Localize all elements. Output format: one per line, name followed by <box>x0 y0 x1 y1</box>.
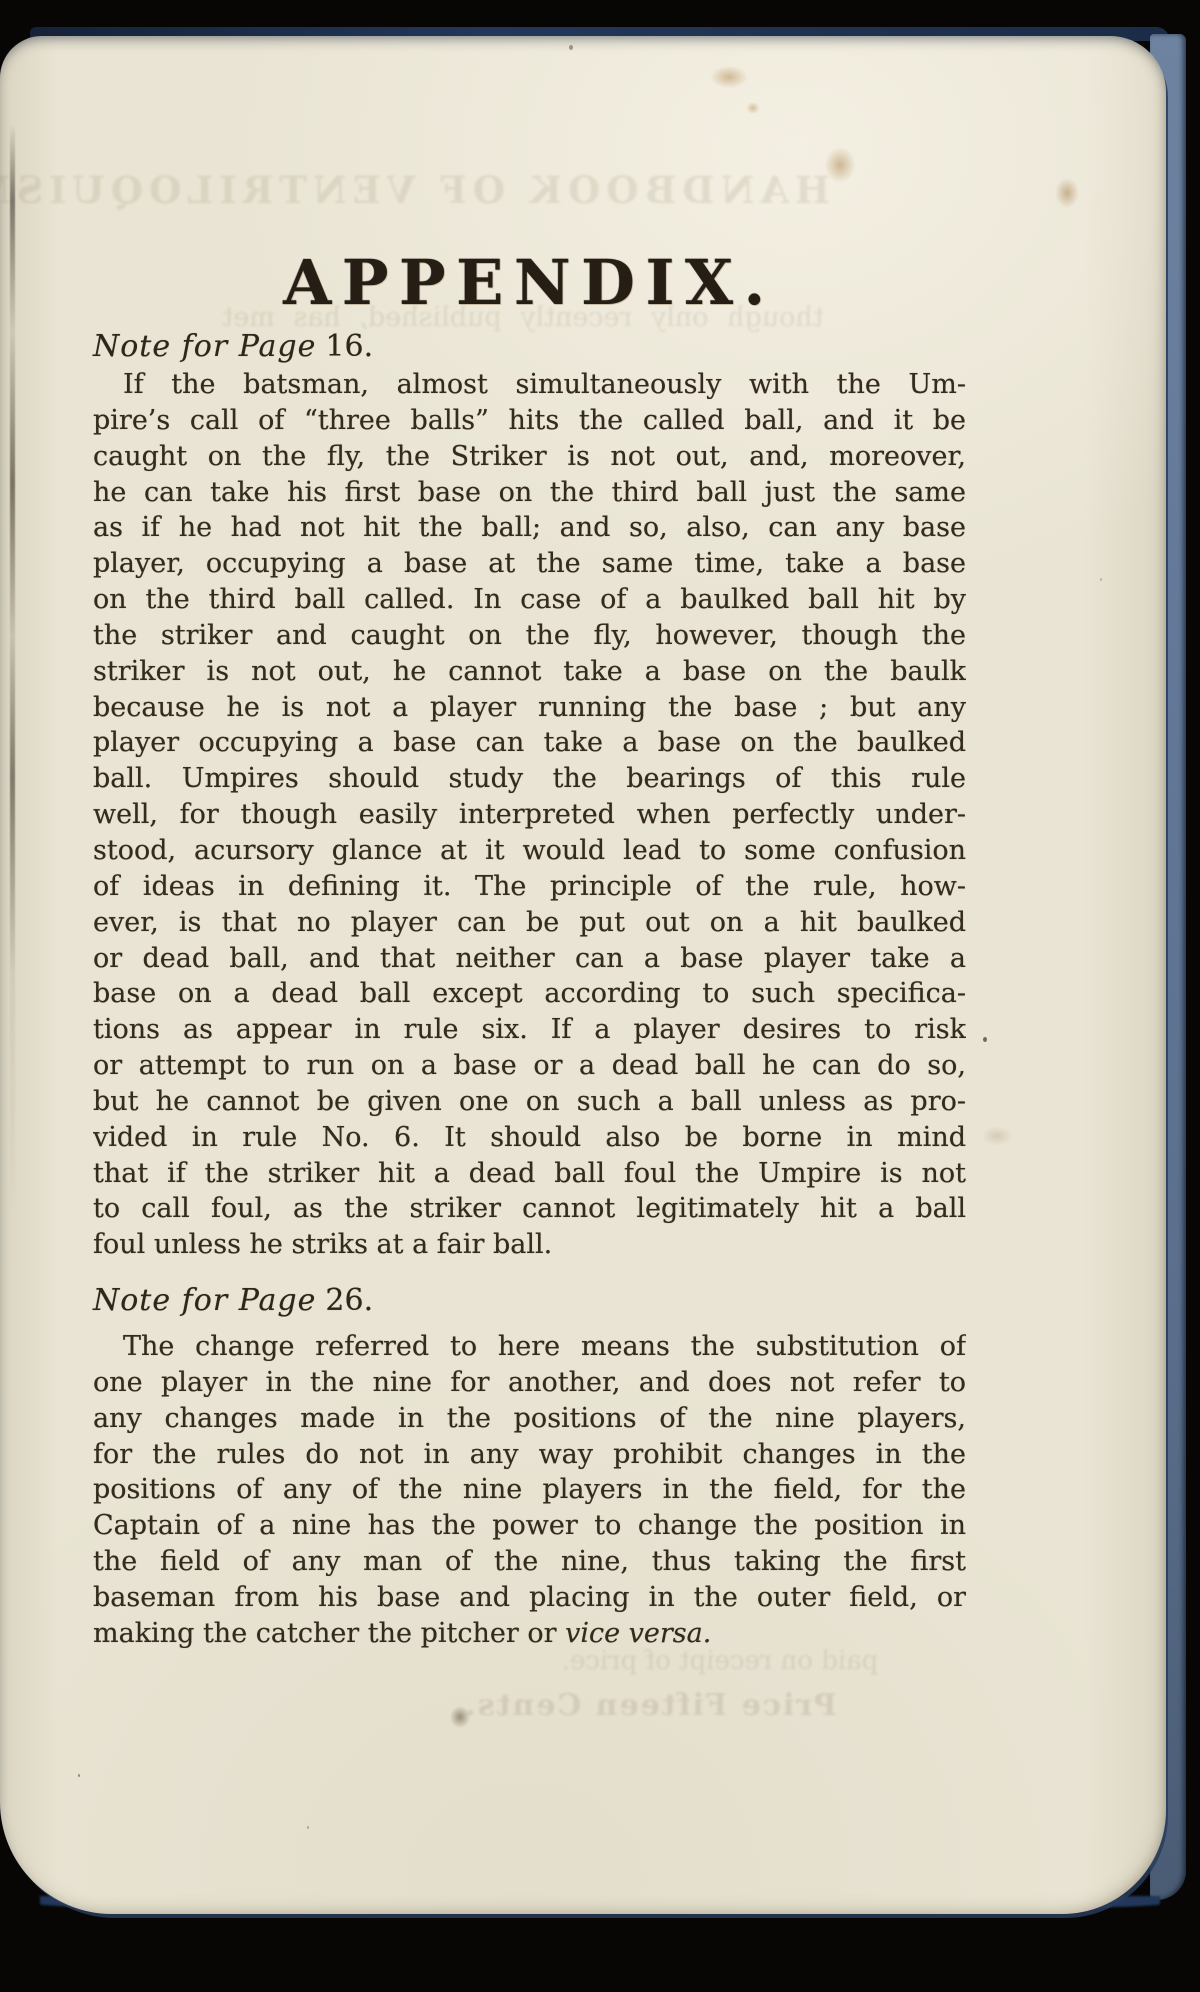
page-gutter-crease <box>10 124 15 1214</box>
body-line: any changes made in the positions of the… <box>93 1401 966 1437</box>
body-line-text: making the catcher the pitcher or <box>93 1618 565 1649</box>
note16-heading: Note for Page16. <box>93 329 966 364</box>
foxing-stain <box>1052 174 1082 212</box>
body-line: to call foul, as the striker cannot legi… <box>93 1191 966 1227</box>
body-line: or dead ball, and that neither can a bas… <box>93 941 966 977</box>
text-column: APPENDIX. Note for Page16. If the batsma… <box>93 36 966 1914</box>
body-line: one player in the nine for another, and … <box>93 1365 966 1401</box>
body-line: tions as appear in rule six. If a player… <box>93 1012 966 1048</box>
foxing-stain <box>978 1124 1016 1148</box>
body-line: because he is not a player running the b… <box>93 690 966 726</box>
body-line: caught on the fly, the Striker is not ou… <box>93 439 966 475</box>
body-line: the field of any man of the nine, thus t… <box>93 1544 966 1580</box>
body-line: vided in rule No. 6. It should also be b… <box>93 1120 966 1156</box>
note26-heading: Note for Page26. <box>93 1283 966 1318</box>
body-line: foul unless he striks at a fair ball. <box>93 1227 966 1263</box>
note16-heading-label: Note for Page <box>93 329 316 364</box>
body-line: but he cannot be given one on such a bal… <box>93 1084 966 1120</box>
body-line: ever, is that no player can be put out o… <box>93 905 966 941</box>
body-line: making the catcher the pitcher or vice v… <box>93 1616 966 1652</box>
note26-heading-label: Note for Page <box>93 1283 316 1318</box>
body-line: as if he had not hit the ball; and so, a… <box>93 510 966 546</box>
body-line: player, occupying a base at the same tim… <box>93 546 966 582</box>
body-line: The change referred to here means the su… <box>93 1329 966 1365</box>
body-line: player occupying a base can take a base … <box>93 725 966 761</box>
note26-paragraph: The change referred to here means the su… <box>93 1329 966 1652</box>
paper-specks <box>0 36 6 43</box>
body-line: that if the striker hit a dead ball foul… <box>93 1156 966 1192</box>
body-line: ball. Umpires should study the bearings … <box>93 761 966 797</box>
body-line: base on a dead ball except according to … <box>93 976 966 1012</box>
body-line-italic: vice versa. <box>565 1618 711 1649</box>
book-page: HANDBOOK OF VENTRILOQUISM though only re… <box>0 36 1166 1914</box>
photo-background: HANDBOOK OF VENTRILOQUISM though only re… <box>0 0 1200 1992</box>
body-line: well, for though easily interpreted when… <box>93 797 966 833</box>
body-line: If the batsman, almost simultaneously wi… <box>93 367 966 403</box>
note16-heading-number: 16. <box>325 329 373 364</box>
body-line: Captain of a nine has the power to chang… <box>93 1508 966 1544</box>
body-line: on the third ball called. In case of a b… <box>93 582 966 618</box>
body-line: the striker and caught on the fly, howev… <box>93 618 966 654</box>
body-line: he can take his first base on the third … <box>93 475 966 511</box>
body-line: striker is not out, he cannot take a bas… <box>93 654 966 690</box>
body-line: positions of any of the nine players in … <box>93 1472 966 1508</box>
body-line: of ideas in defining it. The principle o… <box>93 869 966 905</box>
body-line: stood, acursory glance at it would lead … <box>93 833 966 869</box>
page-title: APPENDIX. <box>93 246 966 319</box>
note26-heading-number: 26. <box>325 1283 373 1318</box>
body-line: baseman from his base and placing in the… <box>93 1580 966 1616</box>
body-line: for the rules do not in any way prohibit… <box>93 1437 966 1473</box>
body-line: or attempt to run on a base or a dead ba… <box>93 1048 966 1084</box>
note16-paragraph: If the batsman, almost simultaneously wi… <box>93 367 966 1263</box>
body-line: pire’s call of “three balls” hits the ca… <box>93 403 966 439</box>
